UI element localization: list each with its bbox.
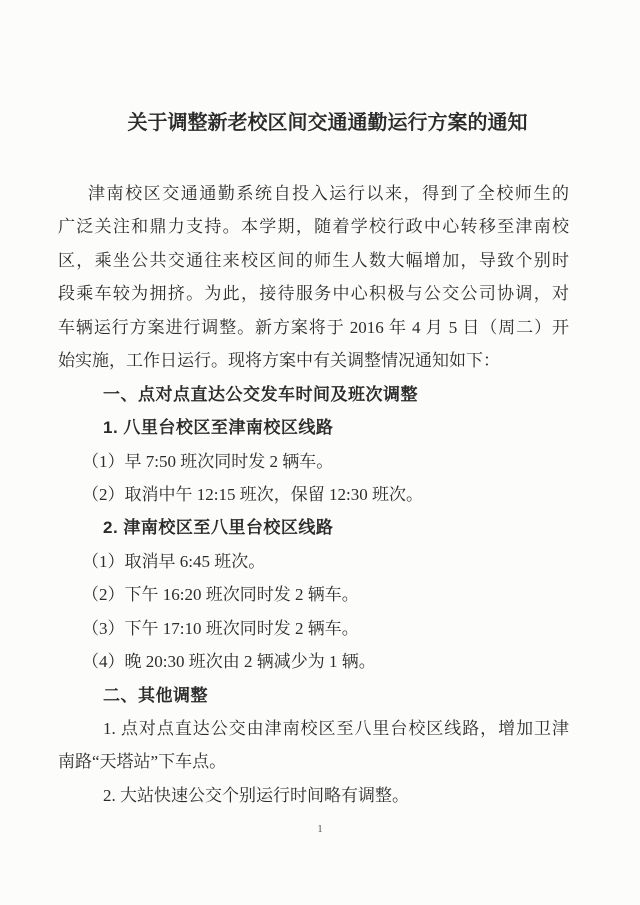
page-title: 关于调整新老校区间交通通勤运行方案的通知: [60, 103, 595, 143]
document-line: 二、其他调整: [58, 679, 569, 712]
document-line: （3）下午 17:10 班次同时发 2 辆车。: [58, 612, 569, 645]
document-line: 广泛关注和鼎力支持。本学期，随着学校行政中心转移至津南校: [58, 210, 569, 243]
scanned-notice-page: 关于调整新老校区间交通通勤运行方案的通知 津南校区交通通勤系统自投入运行以来，得…: [0, 0, 640, 905]
document-line: 1. 八里台校区至津南校区线路: [58, 411, 569, 444]
document-body: 津南校区交通通勤系统自投入运行以来，得到了全校师生的广泛关注和鼎力支持。本学期，…: [58, 177, 569, 812]
document-line: 一、点对点直达公交发车时间及班次调整: [58, 378, 569, 411]
document-line: （2）取消中午 12:15 班次，保留 12:30 班次。: [58, 478, 569, 511]
document-line: （2）下午 16:20 班次同时发 2 辆车。: [58, 578, 569, 611]
document-line: （4）晚 20:30 班次由 2 辆减少为 1 辆。: [58, 645, 569, 678]
document-line: 2. 津南校区至八里台校区线路: [58, 511, 569, 544]
document-line: 南路“天塔站”下车点。: [58, 745, 569, 778]
document-line: 始实施，工作日运行。现将方案中有关调整情况通知如下：: [58, 344, 569, 377]
page-number: 1: [0, 822, 640, 836]
document-line: （1）取消早 6:45 班次。: [58, 545, 569, 578]
document-line: 1. 点对点直达公交由津南校区至八里台校区线路，增加卫津: [58, 712, 569, 745]
document-line: 区，乘坐公共交通往来校区间的师生人数大幅增加，导致个别时: [58, 244, 569, 277]
document-line: （1）早 7:50 班次同时发 2 辆车。: [58, 445, 569, 478]
document-line: 津南校区交通通勤系统自投入运行以来，得到了全校师生的: [58, 177, 569, 210]
document-line: 2. 大站快速公交个别运行时间略有调整。: [58, 779, 569, 812]
document-line: 车辆运行方案进行调整。新方案将于 2016 年 4 月 5 日（周二）开: [58, 311, 569, 344]
document-line: 段乘车较为拥挤。为此，接待服务中心积极与公交公司协调，对: [58, 277, 569, 310]
